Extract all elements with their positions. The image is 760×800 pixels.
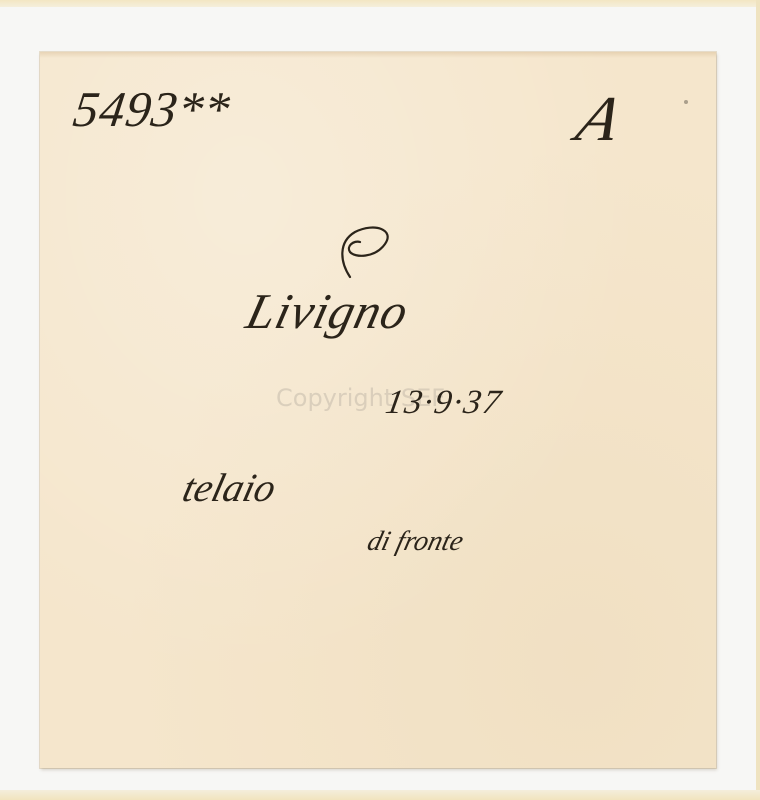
place-name: Livigno xyxy=(241,282,415,340)
archive-card: 5493** A Livigno Copyright SEF 13·9·37 t… xyxy=(40,52,716,768)
paper-speck xyxy=(684,100,688,104)
mount-edge-bottom xyxy=(0,790,760,800)
catalog-number: 5493** xyxy=(70,80,234,138)
mount-edge-right xyxy=(756,0,760,800)
subject-detail: di fronte xyxy=(364,526,467,558)
mount-edge-top xyxy=(0,0,760,7)
grade-letter: A xyxy=(568,82,631,156)
date: 13·9·37 xyxy=(383,384,506,422)
scan-page: 5493** A Livigno Copyright SEF 13·9·37 t… xyxy=(0,0,760,800)
capital-flourish-icon xyxy=(330,222,400,282)
subject: telaio xyxy=(178,464,281,511)
